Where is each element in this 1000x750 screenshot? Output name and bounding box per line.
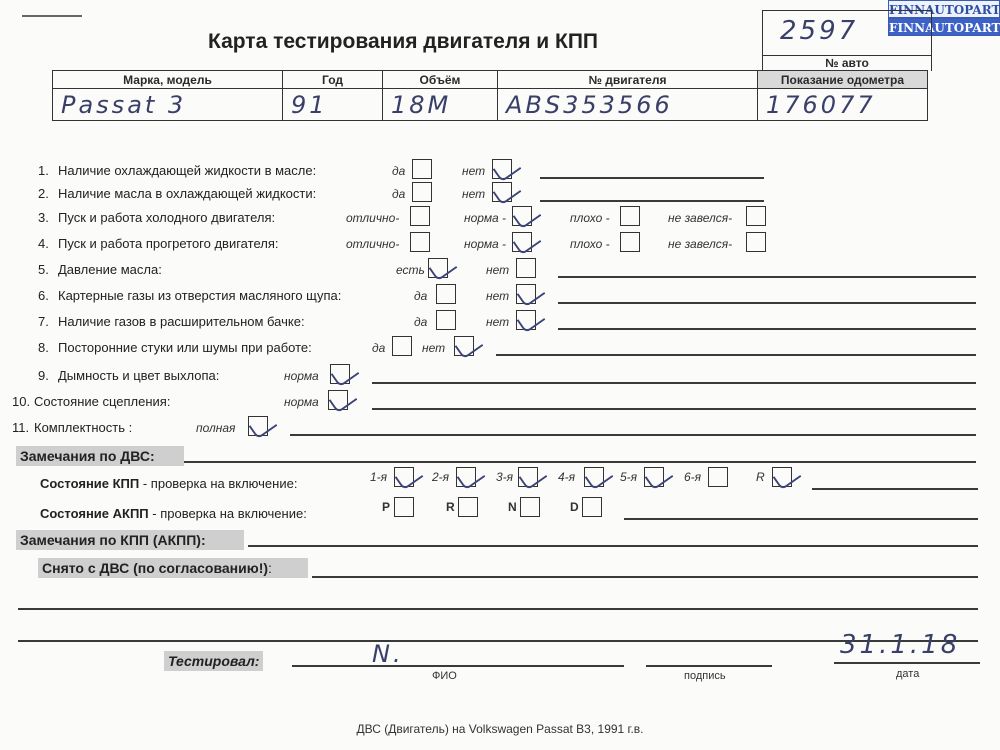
option-label: нет xyxy=(422,341,445,355)
gear-label: N xyxy=(508,500,517,514)
question-number: 4. xyxy=(38,236,49,251)
question-text: Посторонние стуки или шумы при работе: xyxy=(58,340,312,355)
gear-checkbox-checked[interactable] xyxy=(584,467,604,487)
gear-checkbox[interactable] xyxy=(582,497,602,517)
auto-gearbox-notes-line[interactable] xyxy=(624,518,978,520)
checkbox[interactable] xyxy=(410,206,430,226)
notes-line[interactable] xyxy=(558,328,976,330)
gear-label: R xyxy=(446,500,455,514)
question-text: Дымность и цвет выхлопа: xyxy=(58,368,219,383)
question-number: 2. xyxy=(38,186,49,201)
remarks-engine-line[interactable] xyxy=(184,461,976,463)
col-volume: Объём xyxy=(383,71,498,89)
gear-label: 6-я xyxy=(684,470,701,484)
tested-by-label: Тестировал: xyxy=(164,651,263,671)
volume-field[interactable]: 18M xyxy=(383,89,498,121)
question-number: 10. xyxy=(12,394,30,409)
gear-checkbox-checked[interactable] xyxy=(456,467,476,487)
option-label: норма - xyxy=(464,237,506,251)
checkbox-checked[interactable] xyxy=(428,258,448,278)
checkbox-checked[interactable] xyxy=(454,336,474,356)
date-value[interactable]: 31.1.18 xyxy=(840,630,960,660)
notes-line[interactable] xyxy=(540,177,764,179)
gear-label: D xyxy=(570,500,579,514)
gear-label: 3-я xyxy=(496,470,513,484)
gear-label: 5-я xyxy=(620,470,637,484)
question-number: 9. xyxy=(38,368,49,383)
gear-checkbox[interactable] xyxy=(458,497,478,517)
option-label: отлично- xyxy=(346,237,399,251)
col-engine-number: № двигателя xyxy=(498,71,758,89)
option-label: полная xyxy=(196,421,235,435)
option-label: нет xyxy=(486,289,509,303)
notes-line[interactable] xyxy=(558,276,976,278)
notes-line[interactable] xyxy=(540,200,764,202)
question-text: Пуск и работа прогретого двигателя: xyxy=(58,236,278,251)
option-label: норма - xyxy=(464,211,506,225)
col-year: Год xyxy=(283,71,383,89)
option-label: норма xyxy=(284,369,319,383)
option-label: да xyxy=(372,341,385,355)
option-label: не завелся- xyxy=(668,211,732,225)
question-text: Картерные газы из отверстия масляного щу… xyxy=(58,288,341,303)
checkbox-checked[interactable] xyxy=(328,390,348,410)
remarks-gearbox-label: Замечания по КПП (АКПП): xyxy=(16,530,244,550)
checkbox[interactable] xyxy=(436,284,456,304)
question-number: 6. xyxy=(38,288,49,303)
signature-caption: подпись xyxy=(684,670,726,682)
removed-label: Снято с ДВС (по согласованию!): xyxy=(38,558,308,578)
question-text: Наличие масла в охлаждающей жидкости: xyxy=(58,186,316,201)
checkbox[interactable] xyxy=(436,310,456,330)
gear-checkbox[interactable] xyxy=(708,467,728,487)
checkbox-checked[interactable] xyxy=(492,159,512,179)
manual-gearbox-notes-line[interactable] xyxy=(812,488,978,490)
removed-line[interactable] xyxy=(312,576,978,578)
checkbox[interactable] xyxy=(746,206,766,226)
col-make-model: Марка, модель xyxy=(53,71,283,89)
option-label: не завелся- xyxy=(668,237,732,251)
question-number: 7. xyxy=(38,314,49,329)
question-number: 3. xyxy=(38,210,49,225)
vehicle-info-table: Марка, модель Год Объём № двигателя Пока… xyxy=(52,70,928,121)
option-label: да xyxy=(414,315,427,329)
image-caption: ДВС (Двигатель) на Volkswagen Passat B3,… xyxy=(0,722,1000,736)
corner-mark xyxy=(22,15,82,17)
checkbox[interactable] xyxy=(746,232,766,252)
checkbox[interactable] xyxy=(516,258,536,278)
gear-checkbox-checked[interactable] xyxy=(772,467,792,487)
checkbox[interactable] xyxy=(620,232,640,252)
gear-label: R xyxy=(756,470,765,484)
gear-checkbox[interactable] xyxy=(520,497,540,517)
option-label: отлично- xyxy=(346,211,399,225)
question-number: 8. xyxy=(38,340,49,355)
notes-line[interactable] xyxy=(496,354,976,356)
gear-checkbox-checked[interactable] xyxy=(644,467,664,487)
checkbox[interactable] xyxy=(620,206,640,226)
checkbox-checked[interactable] xyxy=(492,182,512,202)
checkbox-checked[interactable] xyxy=(248,416,268,436)
option-label: нет xyxy=(486,263,509,277)
auto-gearbox-label: Состояние АКПП - проверка на включение: xyxy=(40,506,307,521)
question-text: Состояние сцепления: xyxy=(34,394,170,409)
option-label: да xyxy=(392,187,405,201)
gear-label: 2-я xyxy=(432,470,449,484)
gear-label: P xyxy=(382,500,390,514)
question-number: 11. xyxy=(12,420,29,435)
option-label: есть xyxy=(396,263,425,277)
checkbox[interactable] xyxy=(392,336,412,356)
year-field[interactable]: 91 xyxy=(283,89,383,121)
question-number: 1. xyxy=(38,163,49,178)
option-label: да xyxy=(414,289,427,303)
blank-line-2[interactable] xyxy=(18,640,978,642)
remarks-gearbox-line[interactable] xyxy=(248,545,978,547)
date-line[interactable] xyxy=(834,662,980,664)
make-model-field[interactable]: Passat 3 xyxy=(53,89,283,121)
question-number: 5. xyxy=(38,262,49,277)
question-text: Наличие газов в расширительном бачке: xyxy=(58,314,305,329)
checkbox-checked[interactable] xyxy=(512,206,532,226)
gear-checkbox-checked[interactable] xyxy=(518,467,538,487)
name-caption: ФИО xyxy=(432,670,457,682)
checkbox-checked[interactable] xyxy=(330,364,350,384)
manual-gearbox-label: Состояние КПП - проверка на включение: xyxy=(40,476,297,491)
checkbox-checked[interactable] xyxy=(516,284,536,304)
signature-line[interactable] xyxy=(646,665,772,667)
gear-label: 4-я xyxy=(558,470,575,484)
gear-label: 1-я xyxy=(370,470,387,484)
question-text: Давление масла: xyxy=(58,262,162,277)
option-label: плохо - xyxy=(570,211,610,225)
tested-by-name-line[interactable] xyxy=(292,665,624,667)
option-label: нет xyxy=(486,315,509,329)
gear-checkbox-checked[interactable] xyxy=(394,467,414,487)
question-text: Пуск и работа холодного двигателя: xyxy=(58,210,275,225)
question-text: Комплектность : xyxy=(34,420,132,435)
option-label: нет xyxy=(462,187,485,201)
engine-number-field[interactable]: ABS353566 xyxy=(498,89,758,121)
odometer-field[interactable]: 176077 xyxy=(758,89,928,121)
option-label: да xyxy=(392,164,405,178)
checkbox[interactable] xyxy=(412,159,432,179)
checkbox-checked[interactable] xyxy=(516,310,536,330)
option-label: плохо - xyxy=(570,237,610,251)
option-label: норма xyxy=(284,395,319,409)
tested-by-name-value[interactable]: N. xyxy=(372,640,404,668)
notes-line[interactable] xyxy=(372,382,976,384)
auto-number-label: № авто xyxy=(762,55,932,71)
notes-line[interactable] xyxy=(372,408,976,410)
gear-checkbox[interactable] xyxy=(394,497,414,517)
remarks-engine-label: Замечания по ДВС: xyxy=(16,446,184,466)
checkbox[interactable] xyxy=(412,182,432,202)
notes-line[interactable] xyxy=(290,434,976,436)
auto-number-value[interactable]: 2597 xyxy=(780,16,858,46)
checkbox-checked[interactable] xyxy=(512,232,532,252)
col-odometer: Показание одометра xyxy=(758,71,928,89)
question-text: Наличие охлаждающей жидкости в масле: xyxy=(58,163,316,178)
checkbox[interactable] xyxy=(410,232,430,252)
option-label: нет xyxy=(462,164,485,178)
page-title: Карта тестирования двигателя и КПП xyxy=(208,30,598,54)
date-caption: дата xyxy=(896,668,919,680)
blank-line-1[interactable] xyxy=(18,608,978,610)
notes-line[interactable] xyxy=(558,302,976,304)
